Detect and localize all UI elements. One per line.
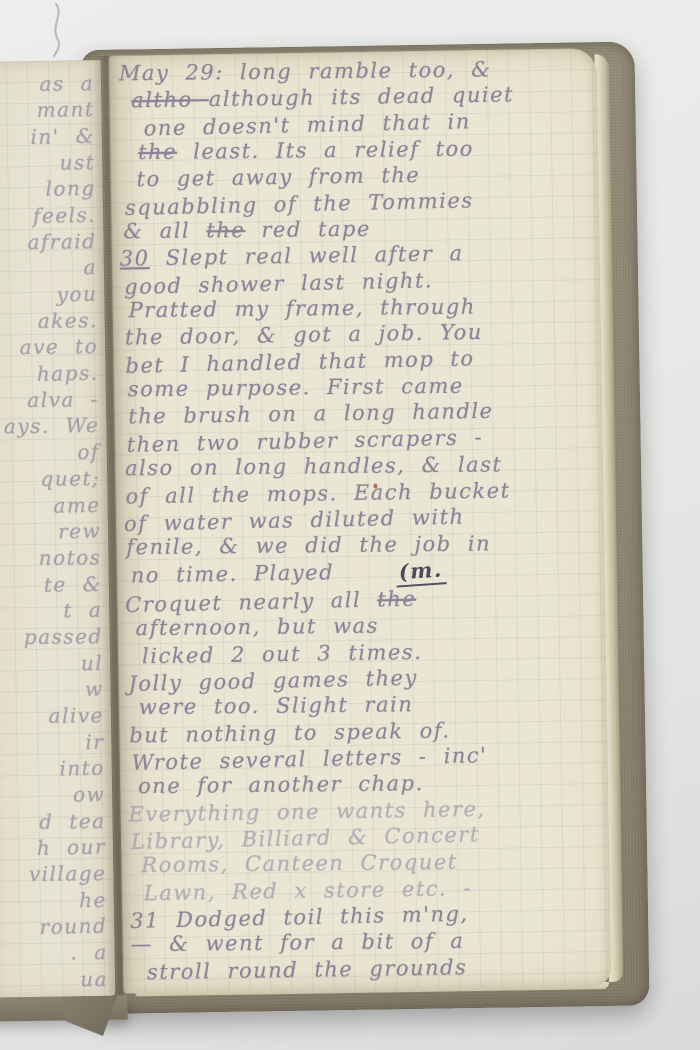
diary-line: & all the red tape (119, 213, 597, 244)
page-fragment-line: notos (0, 544, 102, 571)
page-fragment-line: d tea (0, 808, 106, 836)
diary-line: were too. Slight rain (127, 690, 605, 721)
page-fragment-line: feels. (0, 201, 96, 230)
page-fragment-line: afraid (0, 228, 97, 255)
page-fragment-line: ow (0, 781, 105, 808)
page-fragment-line: long (0, 175, 96, 203)
left-page-text: as amantin' &ustlongfeels.afraidayouakes… (0, 70, 108, 994)
page-fragment-line: ame (0, 491, 101, 519)
page-fragment-line: t a (0, 596, 103, 625)
right-page: May 29: long ramble too, &altho although… (109, 48, 612, 994)
page-fragment-line: h our (0, 834, 106, 863)
page-fragment-line: round (0, 913, 108, 942)
diary-line: — & went for a bit of a (130, 927, 608, 958)
diary-line: also on long handles, & last (123, 450, 601, 481)
page-fragment-line: passed (0, 623, 103, 650)
bookmark-thread (44, 2, 74, 58)
diary-line: Pratted my frame, through (120, 292, 598, 323)
diary-line: fenile, & we did the job in (124, 529, 602, 560)
page-fragment-line: of (0, 438, 100, 467)
page-fragment-line: ave to (0, 333, 98, 361)
diary-line: the least. Its a relief too (118, 134, 596, 165)
page-fragment-line: haps. (0, 359, 99, 388)
page-fragment-line: te & (0, 570, 102, 598)
page-fragment-line: a (0, 254, 97, 282)
page-fragment-line: alva - (0, 386, 99, 413)
page-fragment-line: w (0, 675, 104, 704)
page-fragment-line: as a (0, 70, 94, 97)
photo-backdrop: as amantin' &ustlongfeels.afraidayouakes… (0, 0, 700, 1050)
page-fragment-line: ir (0, 728, 105, 756)
page-fragment-line: village (0, 860, 107, 887)
page-fragment-line: alive (0, 702, 104, 729)
stain-spot (373, 484, 377, 489)
page-fragment-line: mant (0, 96, 95, 124)
page-fragment-line: ua (0, 966, 108, 994)
page-fragment-line: . a (0, 939, 108, 966)
page-fragment-line: ust (0, 149, 95, 176)
page-fragment-line: quet; (0, 465, 100, 492)
page-fragment-line: in' & (0, 122, 95, 151)
page-fragment-line: akes. (0, 307, 98, 334)
page-fragment-line: rew (0, 517, 101, 546)
page-fragment-line: you (0, 280, 98, 309)
diary-line: May 29: long ramble too, & (117, 55, 595, 86)
page-fragment-line: ul (0, 649, 103, 677)
right-page-text: May 29: long ramble too, &altho although… (117, 54, 609, 985)
page-fragment-line: into (0, 754, 105, 783)
diary-line: some purpose. First came (122, 371, 600, 402)
page-fragment-line: ays. We (0, 412, 100, 440)
notebook: as amantin' &ustlongfeels.afraidayouakes… (0, 0, 700, 1050)
diary-line: afternoon, but was (125, 611, 603, 642)
page-fragment-line: he (0, 887, 107, 915)
